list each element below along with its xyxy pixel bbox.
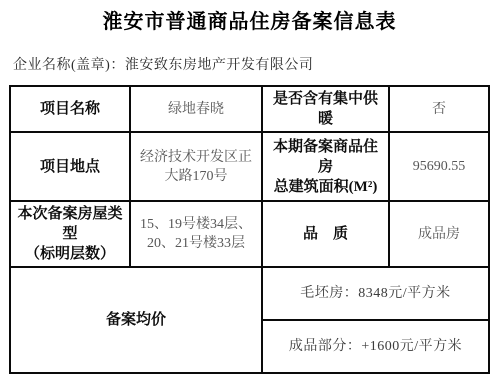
housing-type-value-line1: 15、19号楼34层、 (134, 215, 258, 234)
location-label: 项目地点 (10, 132, 130, 201)
quality-label: 品 质 (262, 201, 389, 267)
registration-info-table: 项目名称 绿地春晓 是否含有集中供暖 否 项目地点 经济技术开发区正 大路170… (9, 85, 490, 374)
area-label-line2: 总建筑面积(M²) (266, 177, 385, 197)
avg-price-rough-value: 毛坯房：8348元/平方米 (262, 267, 489, 320)
housing-type-label-line2: （标明层数） (14, 244, 126, 264)
area-label: 本期备案商品住房 总建筑面积(M²) (262, 132, 389, 201)
table-row-location: 项目地点 经济技术开发区正 大路170号 本期备案商品住房 总建筑面积(M²) … (10, 132, 489, 201)
location-value: 经济技术开发区正 大路170号 (130, 132, 262, 201)
location-value-line1: 经济技术开发区正 (134, 148, 258, 167)
company-line: 企业名称(盖章)：淮安致东房地产开发有限公司 (13, 54, 499, 74)
table-row-avg-price-rough: 备案均价 毛坯房：8348元/平方米 (10, 267, 489, 320)
housing-type-label: 本次备案房屋类型 （标明层数） (10, 201, 130, 267)
table-row-housing-type: 本次备案房屋类型 （标明层数） 15、19号楼34层、 20、21号楼33层 品… (10, 201, 489, 267)
location-value-line2: 大路170号 (134, 167, 258, 186)
project-name-value: 绿地春晓 (130, 86, 262, 132)
heating-label: 是否含有集中供暖 (262, 86, 389, 132)
document-page: 淮安市普通商品住房备案信息表 企业名称(盖章)：淮安致东房地产开发有限公司 项目… (0, 0, 499, 376)
housing-type-label-line1: 本次备案房屋类型 (14, 204, 126, 244)
heating-value: 否 (389, 86, 489, 132)
housing-type-value-line2: 20、21号楼33层 (134, 234, 258, 253)
area-label-line1: 本期备案商品住房 (266, 137, 385, 177)
quality-value: 成品房 (389, 201, 489, 267)
page-title: 淮安市普通商品住房备案信息表 (0, 0, 499, 34)
table-row-project-name: 项目名称 绿地春晓 是否含有集中供暖 否 (10, 86, 489, 132)
area-value: 95690.55 (389, 132, 489, 201)
housing-type-value: 15、19号楼34层、 20、21号楼33层 (130, 201, 262, 267)
avg-price-label: 备案均价 (10, 267, 262, 373)
project-name-label: 项目名称 (10, 86, 130, 132)
avg-price-finished-value: 成品部分：+1600元/平方米 (262, 320, 489, 373)
